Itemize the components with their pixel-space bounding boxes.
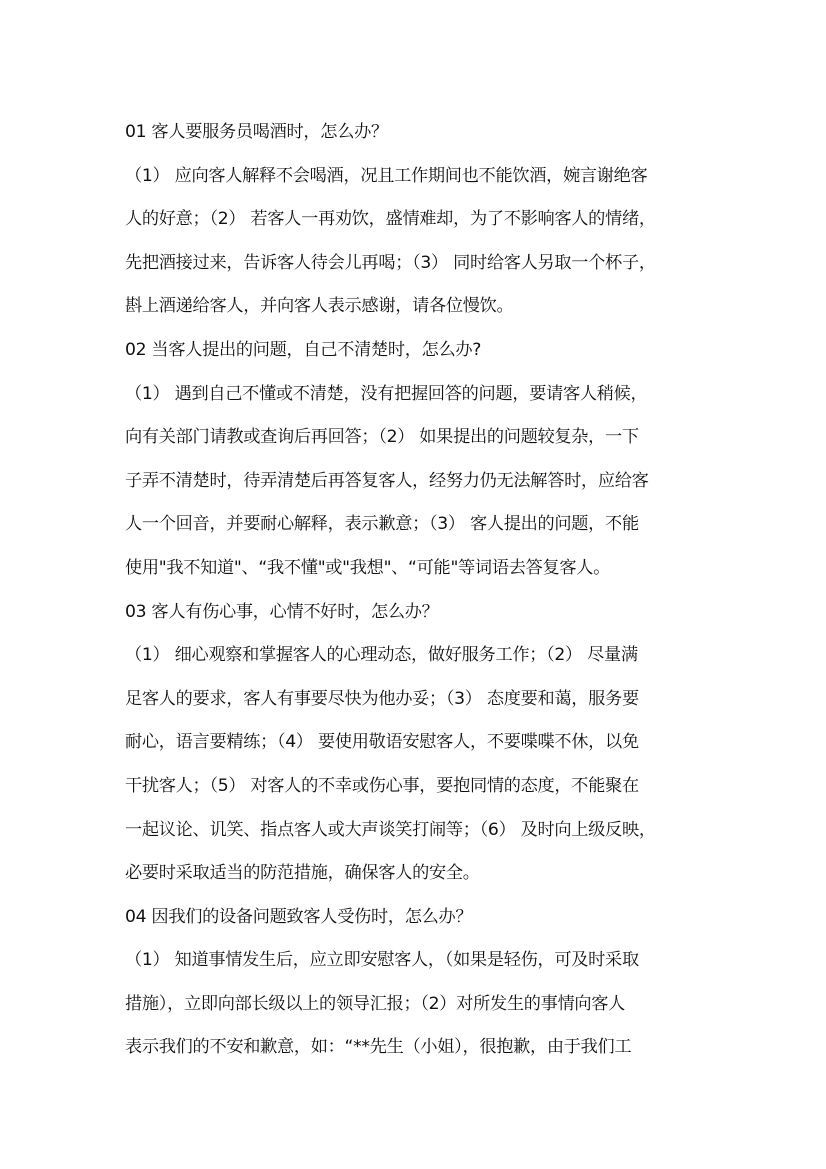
paragraph-line: 必要时采取适当的防范措施，确保客人的安全。 xyxy=(125,859,715,903)
section-heading: 03 客人有伤心事，心情不好时，怎么办？ xyxy=(125,598,715,642)
paragraph-line: 使用"我不知道"、“我不懂"或"我想"、“可能"等词语去答复客人。 xyxy=(125,554,715,598)
paragraph-line: 表示我们的不安和歉意，如：“**先生（小姐），很抱歉，由于我们工 xyxy=(125,1033,715,1077)
paragraph-line: （1） 应向客人解释不会喝酒，况且工作期间也不能饮酒，婉言谢绝客 xyxy=(125,162,715,206)
section-heading: 04 因我们的设备问题致客人受伤时，怎么办？ xyxy=(125,903,715,947)
paragraph-line: 斟上酒递给客人，并向客人表示感谢，请各位慢饮。 xyxy=(125,292,715,336)
section-heading: 01 客人要服务员喝酒时，怎么办？ xyxy=(125,118,715,162)
paragraph-line: 子弄不清楚时，待弄清楚后再答复客人，经努力仍无法解答时，应给客 xyxy=(125,467,715,511)
paragraph-line: 向有关部门请教或查询后再回答；（2） 如果提出的问题较复杂，一下 xyxy=(125,423,715,467)
paragraph-line: 措施），立即向部长级以上的领导汇报；（2）对所发生的事情向客人 xyxy=(125,990,715,1034)
section-heading: 02 当客人提出的问题，自己不清楚时，怎么办? xyxy=(125,336,715,380)
paragraph-line: 人一个回音，并要耐心解释，表示歉意；（3） 客人提出的问题，不能 xyxy=(125,510,715,554)
paragraph-line: （1） 细心观察和掌握客人的心理动态，做好服务工作；（2） 尽量满 xyxy=(125,641,715,685)
paragraph-line: 足客人的要求，客人有事要尽快为他办妥；（3） 态度要和蔼，服务要 xyxy=(125,685,715,729)
paragraph-line: （1） 知道事情发生后，应立即安慰客人，（如果是轻伤，可及时采取 xyxy=(125,946,715,990)
paragraph-line: 耐心，语言要精练；（4） 要使用敬语安慰客人，不要喋喋不休，以免 xyxy=(125,728,715,772)
paragraph-line: 干扰客人；（5） 对客人的不幸或伤心事，要抱同情的态度，不能聚在 xyxy=(125,772,715,816)
paragraph-line: 先把酒接过来，告诉客人待会儿再喝；（3） 同时给客人另取一个杯子， xyxy=(125,249,715,293)
paragraph-line: 人的好意；（2） 若客人一再劝饮，盛情难却，为了不影响客人的情绪， xyxy=(125,205,715,249)
document-page: 01 客人要服务员喝酒时，怎么办？ （1） 应向客人解释不会喝酒，况且工作期间也… xyxy=(125,118,715,1077)
paragraph-line: 一起议论、讥笑、指点客人或大声谈笑打闹等；（6） 及时向上级反映， xyxy=(125,816,715,860)
paragraph-line: （1） 遇到自己不懂或不清楚，没有把握回答的问题，要请客人稍候， xyxy=(125,380,715,424)
